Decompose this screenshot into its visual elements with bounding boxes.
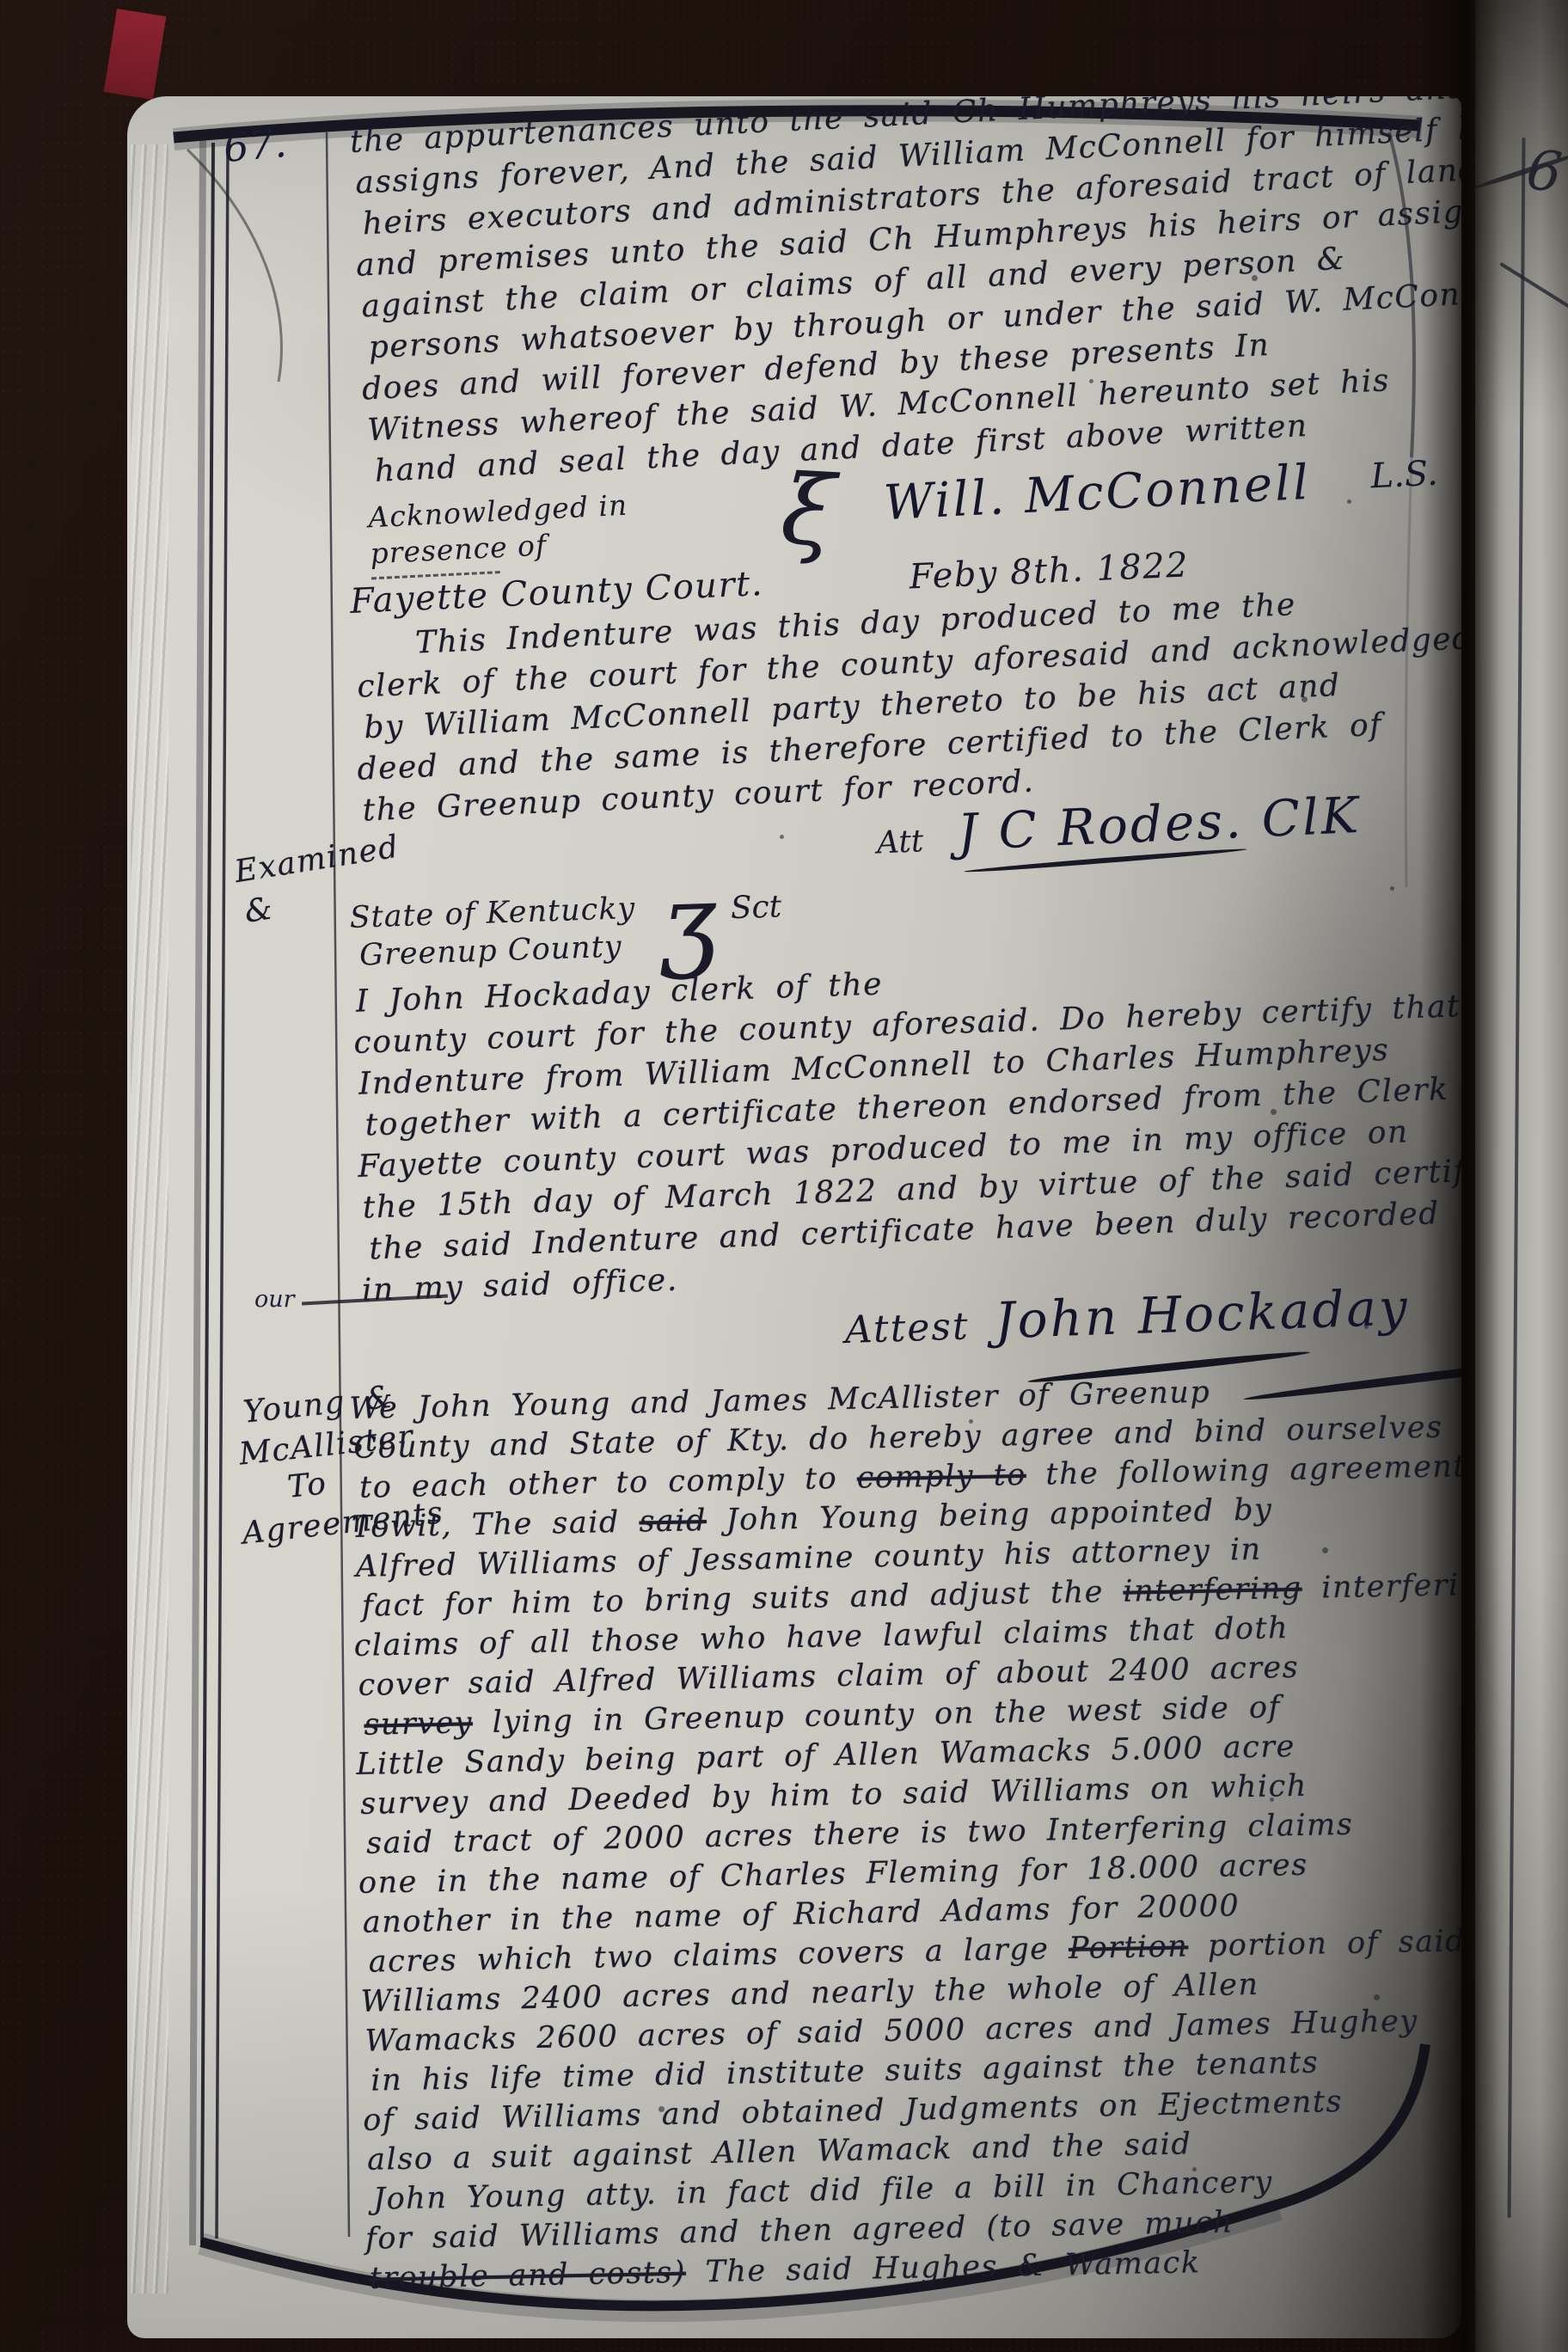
signature-john-hockaday: John Hockaday xyxy=(994,1282,1410,1345)
book-cover-edge xyxy=(104,9,167,100)
venue-caption: State of Kentucky Greenup County xyxy=(349,890,637,975)
greenup-certification-lines: county court for the county aforesaid. D… xyxy=(353,987,1443,1312)
manuscript-text-column: the appurtenances unto the said Ch Humph… xyxy=(349,122,1430,2299)
section-greenup-certification: State of Kentucky Greenup County ʒ Sct I… xyxy=(349,863,1446,1387)
facing-page-margin-rule xyxy=(1508,138,1526,2218)
deed-closing-lines: the appurtenances unto the said Ch Humph… xyxy=(349,96,1448,493)
deed-book-photo: 6 67. Examined& our Young &McAllisterToA… xyxy=(0,0,1568,2352)
section-deed-closing: the appurtenances unto the said Ch Humph… xyxy=(349,96,1451,579)
section-fayette-certification: Fayette County Court. Feby 8th. 1822 Thi… xyxy=(349,532,1443,896)
attestation-label: Acknowledged in presence of xyxy=(367,486,654,579)
page-number: 67. xyxy=(222,123,288,168)
attest-label: Attest xyxy=(844,1308,970,1350)
signature-will-mcconnell: Will. McConnell xyxy=(883,459,1312,528)
brace-icon: ξ xyxy=(779,472,836,552)
facing-page-number: 6 xyxy=(1524,143,1565,201)
county-line: Greenup County xyxy=(358,928,637,975)
signature-jc-rodes-clerk: J C Rodes. ClK xyxy=(957,790,1363,857)
greenup-clerk-signature-row: Attest John Hockaday xyxy=(844,1281,1446,1371)
att-label: Att xyxy=(876,826,924,859)
book-gutter-shadow xyxy=(1420,0,1499,2352)
sct-label: Sct xyxy=(730,891,781,924)
ledger-page: 67. Examined& our Young &McAllisterToAgr… xyxy=(127,96,1461,2338)
ink-speckles xyxy=(127,96,130,99)
brace-icon: ʒ xyxy=(658,875,719,968)
facing-page-pen-stroke xyxy=(1499,262,1568,309)
section-agreement: We John Young and James McAllister of Gr… xyxy=(349,1369,1448,2299)
